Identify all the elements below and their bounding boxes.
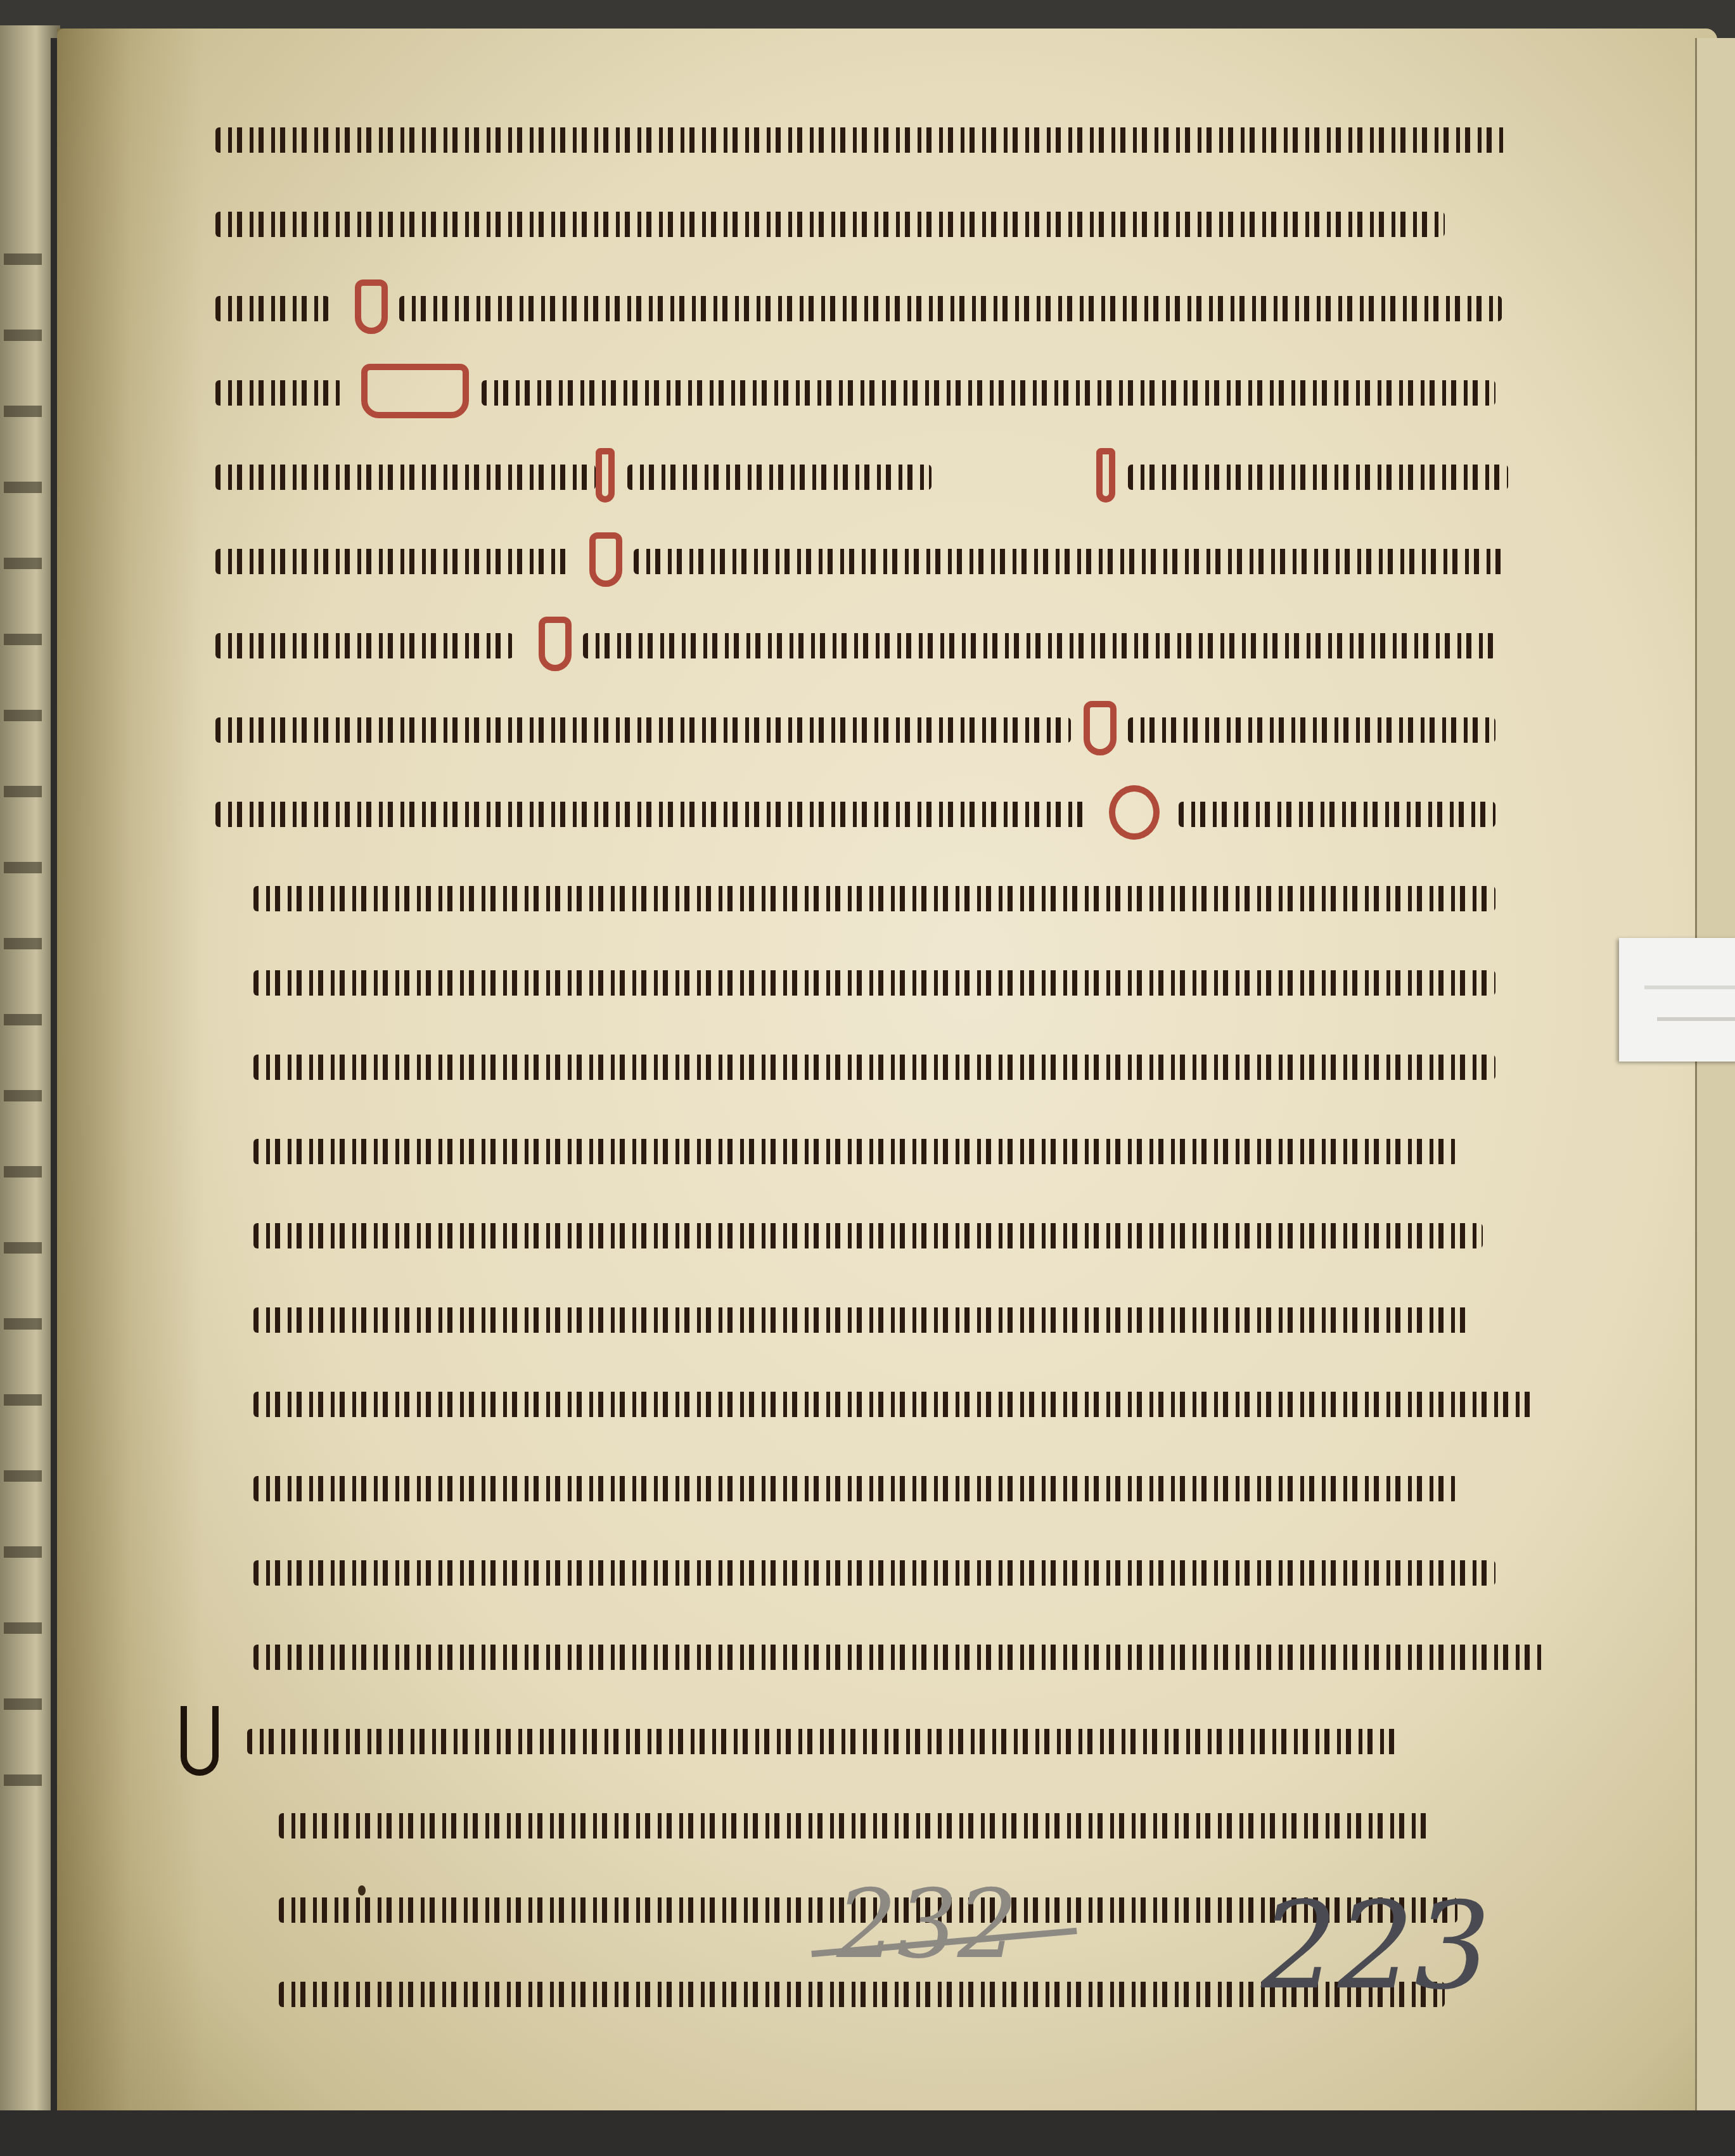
rubric-initial	[1109, 785, 1160, 840]
text-line	[209, 105, 1514, 189]
text-line	[209, 1116, 1514, 1200]
rubric-initial	[1084, 701, 1117, 755]
ink-dot	[358, 1885, 366, 1896]
text-line	[209, 189, 1514, 273]
folio-number: 223	[1261, 1876, 1491, 2016]
text-line	[209, 695, 1514, 779]
text-line	[209, 863, 1514, 947]
rubric-initial	[596, 448, 615, 503]
rubric-initial	[355, 279, 388, 334]
text-line	[209, 1369, 1514, 1453]
text-line	[209, 1622, 1514, 1706]
text-line	[209, 1790, 1514, 1875]
black-initial	[181, 1706, 219, 1776]
manuscript-text-block	[209, 105, 1514, 2043]
left-page-text-edge	[4, 215, 42, 1800]
text-line	[209, 1453, 1514, 1537]
text-line	[209, 526, 1514, 610]
text-line	[209, 357, 1514, 442]
book-edge-shadow	[0, 2110, 1735, 2156]
old-folio-number: 232	[836, 1870, 1018, 1980]
rubric-initial	[539, 617, 572, 671]
adjacent-right-page	[1695, 38, 1735, 2129]
text-line	[209, 1200, 1514, 1285]
text-line	[209, 947, 1514, 1032]
text-line	[209, 1706, 1514, 1790]
rubric-initial	[361, 364, 469, 418]
text-line	[209, 442, 1514, 526]
rubric-initial	[1096, 448, 1115, 503]
text-line	[209, 1285, 1514, 1369]
text-line	[209, 779, 1514, 863]
text-line	[209, 1537, 1514, 1622]
rubric-initial	[589, 532, 622, 587]
gutter-stain	[57, 29, 203, 2114]
text-line	[209, 610, 1514, 695]
text-line	[209, 273, 1514, 357]
text-line	[209, 1032, 1514, 1116]
paper-bookmark	[1619, 938, 1735, 1062]
